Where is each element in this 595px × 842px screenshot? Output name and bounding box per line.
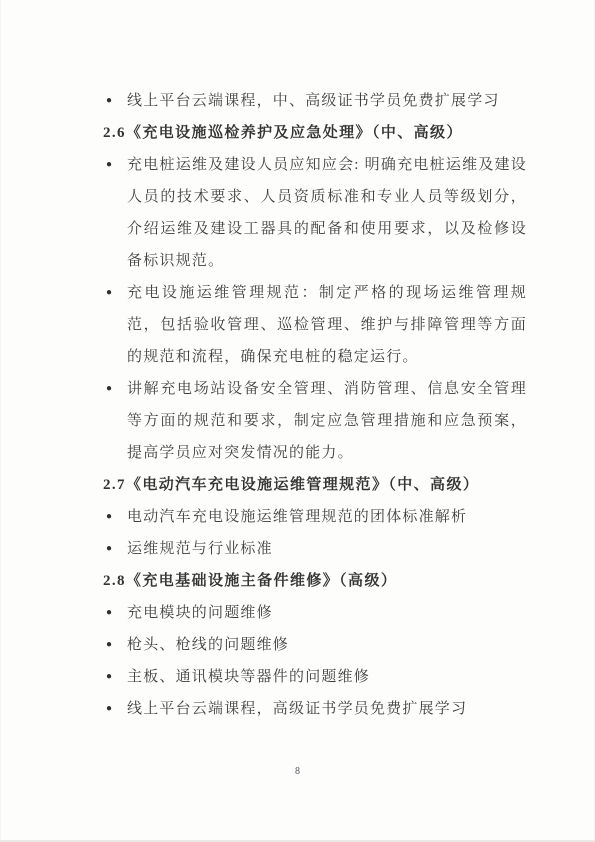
bullet-item: ● 充电模块的问题维修	[103, 597, 527, 629]
bullet-item: ● 线上平台云端课程，高级证书学员免费扩展学习	[103, 693, 527, 725]
bullet-icon: ●	[106, 533, 112, 565]
bullet-icon: ●	[106, 373, 112, 405]
bullet-icon: ●	[106, 597, 112, 629]
bullet-item: ● 线上平台云端课程，中、高级证书学员免费扩展学习	[103, 85, 527, 117]
page-content: ● 线上平台云端课程，中、高级证书学员免费扩展学习 2.6《充电设施巡检养护及应…	[103, 85, 527, 725]
bullet-icon: ●	[106, 661, 112, 693]
bullet-icon: ●	[106, 149, 112, 181]
bullet-item: ● 充电桩运维及建设人员应知应会: 明确充电桩运维及建设人员的技术要求、人员资质…	[103, 149, 527, 277]
bullet-text: 讲解充电场站设备安全管理、消防管理、信息安全管理等方面的规范和要求，制定应急管理…	[127, 381, 527, 461]
page-number: 8	[0, 766, 595, 777]
section-heading-2-8: 2.8《充电基础设施主备件维修》（高级）	[103, 565, 527, 597]
bullet-icon: ●	[106, 629, 112, 661]
bullet-item: ● 运维规范与行业标准	[103, 533, 527, 565]
bullet-text: 充电桩运维及建设人员应知应会: 明确充电桩运维及建设人员的技术要求、人员资质标准…	[127, 157, 527, 269]
bullet-icon: ●	[106, 501, 112, 533]
bullet-text: 电动汽车充电设施运维管理规范的团体标准解析	[127, 509, 467, 525]
bullet-text: 线上平台云端课程，高级证书学员免费扩展学习	[127, 701, 467, 717]
bullet-icon: ●	[106, 277, 112, 309]
bullet-item: ● 枪头、枪线的问题维修	[103, 629, 527, 661]
bullet-item: ● 主板、通讯模块等器件的问题维修	[103, 661, 527, 693]
document-page: ● 线上平台云端课程，中、高级证书学员免费扩展学习 2.6《充电设施巡检养护及应…	[0, 0, 595, 842]
bullet-text: 充电模块的问题维修	[127, 605, 273, 621]
bullet-item: ● 充电设施运维管理规范：制定严格的现场运维管理规范，包括验收管理、巡检管理、维…	[103, 277, 527, 373]
bullet-text: 线上平台云端课程，中、高级证书学员免费扩展学习	[127, 93, 500, 109]
bullet-icon: ●	[106, 693, 112, 725]
bullet-icon: ●	[106, 85, 112, 117]
section-heading-2-6: 2.6《充电设施巡检养护及应急处理》（中、高级）	[103, 117, 527, 149]
section-heading-2-7: 2.7《电动汽车充电设施运维管理规范》（中、高级）	[103, 469, 527, 501]
bullet-text: 枪头、枪线的问题维修	[127, 637, 289, 653]
bullet-item: ● 电动汽车充电设施运维管理规范的团体标准解析	[103, 501, 527, 533]
bullet-text: 主板、通讯模块等器件的问题维修	[127, 669, 370, 685]
bullet-text: 运维规范与行业标准	[127, 541, 273, 557]
bullet-text: 充电设施运维管理规范：制定严格的现场运维管理规范，包括验收管理、巡检管理、维护与…	[127, 285, 527, 365]
bullet-item: ● 讲解充电场站设备安全管理、消防管理、信息安全管理等方面的规范和要求，制定应急…	[103, 373, 527, 469]
